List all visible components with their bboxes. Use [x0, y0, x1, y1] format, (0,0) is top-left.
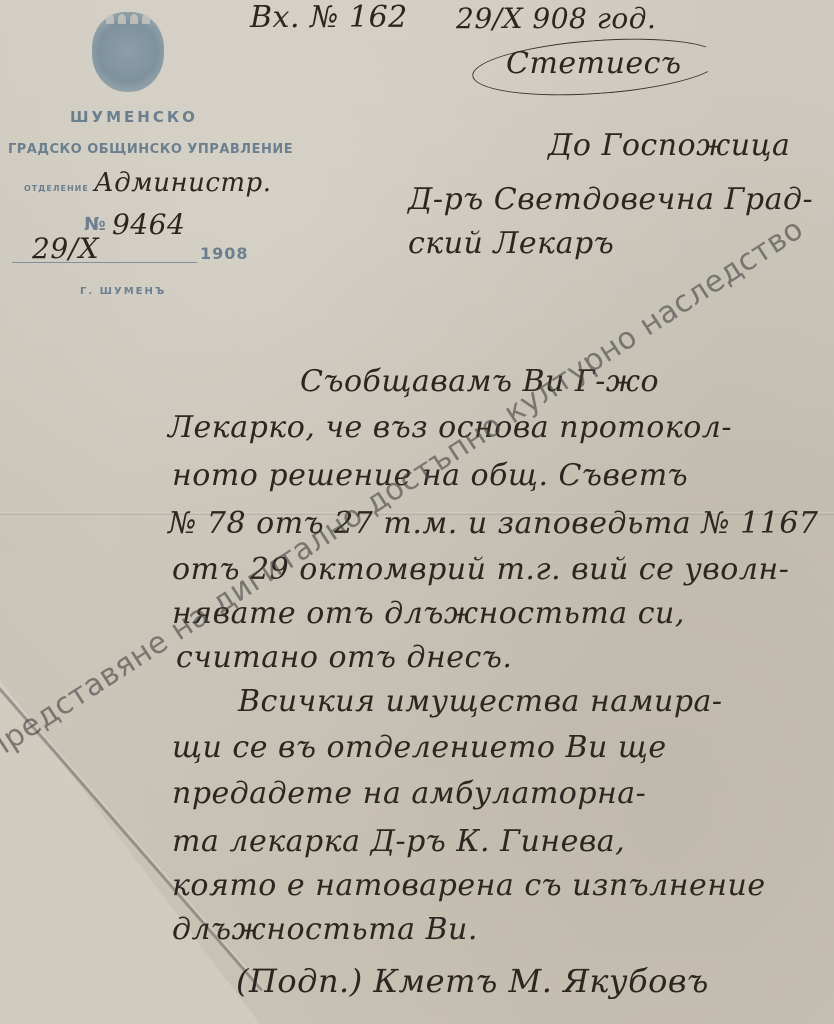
- body-p1-line-4: № 78 отъ 27 т.м. и заповедьта № 1167: [168, 506, 819, 541]
- stamp-place: Г. ШУМЕНЪ: [80, 286, 166, 297]
- body-p2-line-5: която е натоварена съ изпълнение: [172, 868, 766, 903]
- addressee-line-3: ский Лекаръ: [408, 226, 614, 261]
- stamp-date-handwritten: 29/X: [32, 232, 99, 265]
- incoming-label: Вх. № 162: [250, 0, 408, 35]
- crown-icon: [106, 14, 150, 26]
- addressee-line-1: До Госпожица: [548, 128, 790, 163]
- stamp-number-value: 9464: [112, 208, 185, 241]
- body-p1-line-7: считано отъ днесъ.: [176, 640, 512, 675]
- stamp-line-2: ГРАДСКО ОБЩИНСКО УПРАВЛЕНИЕ: [8, 142, 293, 157]
- closing-signature: (Подп.) Кметъ М. Якубовъ: [236, 962, 709, 1000]
- incoming-label-text: Вх. №: [250, 0, 339, 35]
- body-p2-line-6: длъжностьта Ви.: [172, 912, 478, 947]
- body-p2-line-3: предадете на амбулаторна-: [172, 776, 646, 811]
- body-p2-line-4: та лекарка Д-ръ К. Гинева,: [172, 824, 625, 859]
- stamp-department-value: Администр.: [94, 168, 271, 198]
- addressee-line-2: Д-ръ Светдовечна Град-: [408, 182, 813, 217]
- incoming-number: 162: [349, 0, 408, 35]
- stamp-department-label: ОТДЕЛЕНИЕ: [24, 184, 89, 193]
- body-p2-line-2: щи се въ отделението Ви ще: [172, 730, 667, 765]
- registry-signature: Стетиесъ: [506, 46, 681, 81]
- stamp-year: 1908: [200, 244, 249, 263]
- body-p2-line-1: Всичкия имущества намира-: [238, 684, 723, 719]
- registry-date: 29/X 908 год.: [456, 2, 656, 35]
- stamp-line-1: ШУМЕНСКО: [70, 108, 198, 126]
